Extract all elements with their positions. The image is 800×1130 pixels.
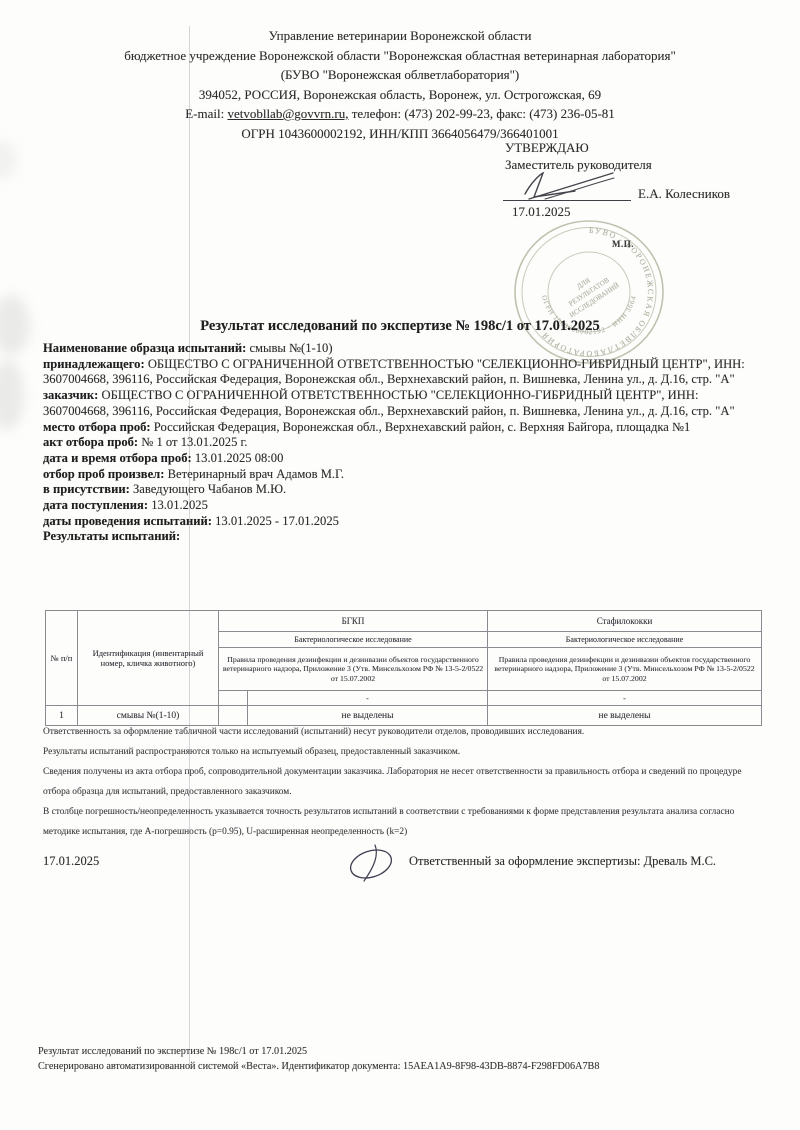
letterhead-org-line3: (БУВО "Воронежская облветлаборатория") [0,65,800,85]
email-address: vetvobllab@govvrn.ru, [227,106,348,121]
field-owner: принадлежащего: ОБЩЕСТВО С ОГРАНИЧЕННОЙ … [43,357,762,388]
col-header-identification: Идентификация (инвентарный номер, кличка… [78,611,219,706]
study-type-bgkp: Бактериологическое исследование [219,632,488,648]
responsible-signature [344,841,402,885]
footnotes: Ответственность за оформление табличной … [43,722,762,842]
footer-vesta-id: Сгенерировано автоматизированной системо… [38,1060,599,1075]
document-fields: Наименование образца испытаний: смывы №(… [43,341,762,545]
phone-fax: телефон: (473) 202-99-23, факс: (473) 23… [352,106,615,121]
letterhead-address: 394052, РОССИЯ, Воронежская область, Вор… [0,85,800,105]
footnote-uncertainty: В столбце погрешность/неопределенность у… [43,802,762,842]
letterhead: Управление ветеринарии Воронежской облас… [0,26,800,143]
study-type-staphylococci: Бактериологическое исследование [488,632,762,648]
field-sampled-by: отбор проб произвел: Ветеринарный врач А… [43,467,762,483]
document-footer: Результат исследований по экспертизе № 1… [38,1045,599,1074]
signature-underline [503,178,631,201]
results-table: № п/п Идентификация (инвентарный номер, … [45,610,762,726]
unit-staphylococci: - [488,691,762,706]
unit-cell-empty [219,691,248,706]
field-sampling-place: место отбора проб: Российская Федерация,… [43,420,762,436]
method-staphylococci: Правила проведения дезинфекции и дезинва… [488,648,762,691]
unit-bgkp: - [248,691,488,706]
scan-artifact-vertical-line [189,26,190,1068]
responsible-person: Ответственный за оформление экспертизы: … [409,854,716,869]
seal-place-mark: М.П. [612,239,634,249]
document-title: Результат исследований по экспертизе № 1… [0,318,800,335]
footnote-responsibility: Ответственность за оформление табличной … [43,722,762,742]
scan-artifact-smudge [0,360,24,430]
letterhead-contacts: E-mail: vetvobllab@govvrn.ru, телефон: (… [0,104,800,124]
col-header-staphylococci: Стафилококки [488,611,762,632]
letterhead-org-line2: бюджетное учреждение Воронежской области… [0,46,800,66]
closing-date: 17.01.2025 [43,854,99,869]
scanned-document-page: Управление ветеринарии Воронежской облас… [0,0,800,1130]
footnote-sampling-info: Сведения получены из акта отбора проб, с… [43,762,762,802]
email-label: E-mail: [185,106,224,121]
field-results-label: Результаты испытаний: [43,529,762,545]
footer-expertise-ref: Результат исследований по экспертизе № 1… [38,1045,599,1060]
scan-artifact-smudge [0,140,16,180]
field-test-dates: даты проведения испытаний: 13.01.2025 - … [43,514,762,530]
field-receipt-date: дата поступления: 13.01.2025 [43,498,762,514]
col-header-number: № п/п [46,611,78,706]
field-witness: в присутствии: Заведующего Чабанов М.Ю. [43,482,762,498]
approval-title: УТВЕРЖДАЮ [505,139,652,156]
letterhead-ogrn-inn: ОГРН 1043600002192, ИНН/КПП 3664056479/3… [0,124,800,144]
field-sample-name: Наименование образца испытаний: смывы №(… [43,341,762,357]
col-header-bgkp: БГКП [219,611,488,632]
field-sampling-datetime: дата и время отбора проб: 13.01.2025 08:… [43,451,762,467]
method-bgkp: Правила проведения дезинфекции и дезинва… [219,648,488,691]
approver-name: Е.А. Колесников [638,186,730,202]
field-sampling-act: акт отбора проб: № 1 от 13.01.2025 г. [43,435,762,451]
letterhead-org-line1: Управление ветеринарии Воронежской облас… [0,26,800,46]
field-customer: заказчик: ОБЩЕСТВО С ОГРАНИЧЕННОЙ ОТВЕТС… [43,388,762,419]
footnote-scope: Результаты испытаний распространяются то… [43,742,762,762]
